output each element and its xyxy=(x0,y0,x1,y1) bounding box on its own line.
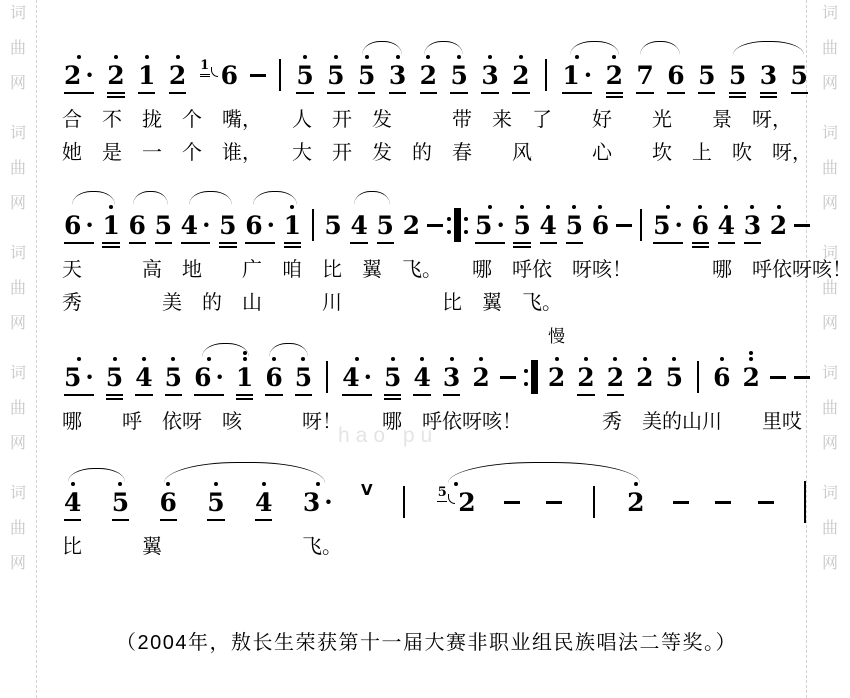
slur xyxy=(448,462,640,483)
octave-dot xyxy=(457,55,461,59)
augmentation-dot: · xyxy=(364,365,372,389)
note: 2 xyxy=(741,346,762,404)
music-line: 5·5456·1654·5432慢2222562哪 呼 依呀 咳 呀！ 哪 呼依… xyxy=(62,346,810,435)
note-number: 1 xyxy=(102,210,119,240)
repeat-thick-bar xyxy=(454,208,461,242)
note-number xyxy=(545,60,547,90)
octave-dots xyxy=(176,44,180,60)
augmentation-dot: · xyxy=(584,63,592,87)
note-number: 52 xyxy=(437,487,475,517)
rhythm-underlines xyxy=(64,240,94,252)
underline xyxy=(540,242,557,244)
grace-hook xyxy=(448,494,455,504)
augmentation-dot: · xyxy=(496,213,504,237)
rhythm-underlines xyxy=(791,90,808,102)
octave-dots xyxy=(334,44,338,60)
octave-dot xyxy=(612,55,616,59)
watermark-right-column: 词曲网词曲网词曲网词曲网词曲网 xyxy=(818,6,842,606)
note-number xyxy=(794,210,810,240)
rhythm-underlines xyxy=(399,517,409,529)
dash-continuation xyxy=(250,44,266,102)
note-number xyxy=(770,362,786,392)
octave-dots xyxy=(77,44,81,60)
octave-dot xyxy=(303,55,307,59)
augmentation-dot: · xyxy=(85,63,93,87)
left-dashed-rule xyxy=(36,0,37,698)
rhythm-underlines xyxy=(592,240,609,252)
octave-dot xyxy=(207,357,211,361)
note-number: 5 xyxy=(295,362,312,392)
note-number: 4 xyxy=(64,487,81,517)
barline-stroke xyxy=(279,59,281,91)
note: 4 xyxy=(716,194,737,252)
rhythm-underlines xyxy=(481,90,498,102)
note-number: 1 xyxy=(284,210,301,240)
grace-underline xyxy=(200,74,210,75)
note-number: 2 xyxy=(627,487,644,517)
note-number: 1 xyxy=(236,362,253,392)
note-number: 4 xyxy=(718,210,735,240)
underline xyxy=(443,394,460,396)
rhythm-underlines xyxy=(698,90,715,102)
lyrics-row: 秀 美 的 山 川 比 翼 飞。 xyxy=(62,291,810,316)
note-number xyxy=(804,487,807,517)
octave-dots xyxy=(479,346,483,362)
note: 慢2 xyxy=(546,346,567,404)
underline xyxy=(636,92,653,94)
augmentation-dot: · xyxy=(216,365,224,389)
dash-stroke xyxy=(794,224,810,227)
note: 2· xyxy=(62,44,96,102)
underline xyxy=(384,398,401,400)
rhythm-underlines xyxy=(64,517,81,529)
rhythm-underlines xyxy=(718,240,735,252)
note-number: 2 xyxy=(606,60,623,90)
rhythm-underlines xyxy=(513,240,530,252)
repeat-sign xyxy=(524,360,538,394)
note-number: 3 xyxy=(389,60,406,90)
octave-dot xyxy=(488,205,492,209)
note-number xyxy=(715,487,731,517)
note-number: 5 xyxy=(296,60,313,90)
octave-dot xyxy=(672,357,676,361)
octave-dots xyxy=(488,44,492,60)
underline xyxy=(698,92,715,94)
note-number xyxy=(697,362,699,392)
note-number: 5 xyxy=(698,60,715,90)
dash-stroke xyxy=(770,376,786,379)
underline xyxy=(450,92,467,94)
note-number: 6 xyxy=(129,210,146,240)
dash-stroke xyxy=(794,376,810,379)
lyrics-row: 她 是 一 个 谁， 大 开 发 的 春 风 心 坎 上 吹 呀， xyxy=(62,141,810,166)
note-number: 5 xyxy=(377,210,394,240)
octave-dots xyxy=(519,44,523,60)
octave-dot xyxy=(365,55,369,59)
octave-dot xyxy=(301,357,305,361)
rhythm-underlines xyxy=(358,90,375,102)
note-number xyxy=(593,487,595,517)
underline xyxy=(165,394,182,396)
repeat-sign-both xyxy=(447,194,468,252)
note-number xyxy=(504,487,520,517)
note-number: 5 xyxy=(165,362,182,392)
note-number: 5 xyxy=(729,60,746,90)
octave-dot xyxy=(114,55,118,59)
rhythm-underlines xyxy=(303,517,333,529)
rhythm-underlines xyxy=(636,240,646,252)
grace-hook xyxy=(211,67,218,77)
note: 5 xyxy=(322,194,343,252)
rhythm-underlines xyxy=(265,392,282,404)
note-number: 5 xyxy=(791,60,808,90)
note: 2 xyxy=(105,44,126,102)
note: 6 xyxy=(690,194,711,252)
dash-continuation xyxy=(715,471,731,529)
underline xyxy=(327,92,344,94)
octave-dot xyxy=(479,357,483,361)
rhythm-underlines xyxy=(562,90,592,102)
note-number: V xyxy=(361,487,373,517)
rhythm-underlines xyxy=(275,90,285,102)
underline xyxy=(667,92,684,94)
note: 2 xyxy=(605,346,626,404)
note-number xyxy=(403,487,405,517)
note: 2 xyxy=(401,194,422,252)
rhythm-underlines xyxy=(540,240,557,252)
rhythm-underlines xyxy=(760,90,777,102)
note-number: 2 xyxy=(472,362,489,392)
underline xyxy=(513,246,530,248)
underline xyxy=(566,242,583,244)
note-number: 5 xyxy=(566,210,583,240)
underline xyxy=(377,242,394,244)
note-number: 4 xyxy=(540,210,557,240)
rhythm-underlines xyxy=(713,392,730,404)
dash-stroke xyxy=(758,501,774,504)
underline xyxy=(512,92,529,94)
underline xyxy=(64,92,94,94)
barline-stroke xyxy=(326,361,328,393)
rhythm-underlines xyxy=(129,240,146,252)
note-number: 5 xyxy=(207,487,224,517)
underline xyxy=(760,92,777,94)
note-number: 3 xyxy=(481,60,498,90)
rhythm-underlines xyxy=(236,392,253,404)
rhythm-underlines xyxy=(284,240,301,252)
note-number: 5 xyxy=(324,210,341,240)
rhythm-underlines xyxy=(160,517,177,529)
note-number: 5 xyxy=(327,60,344,90)
rhythm-underlines xyxy=(219,240,236,252)
rhythm-underlines xyxy=(135,392,152,404)
rhythm-underlines xyxy=(102,240,119,252)
augmentation-dot: · xyxy=(324,490,332,514)
note-number: 6· xyxy=(245,210,275,240)
rhythm-underlines xyxy=(112,517,129,529)
rhythm-underlines xyxy=(106,392,123,404)
notes-row: 6·1654·56·154525·54565·6432 xyxy=(62,194,810,252)
dash-continuation xyxy=(616,194,632,252)
note: 5· xyxy=(62,346,96,404)
rhythm-underlines xyxy=(577,392,594,404)
underline xyxy=(236,394,253,396)
underline xyxy=(358,92,375,94)
rhythm-underlines xyxy=(324,240,341,252)
rhythm-underlines xyxy=(389,90,406,102)
octave-dot xyxy=(488,55,492,59)
note: 2 xyxy=(470,346,491,404)
underline xyxy=(729,96,746,98)
underline xyxy=(350,242,367,244)
note: 2 xyxy=(634,346,655,404)
note-number: 5 xyxy=(219,210,236,240)
note-number: 6 xyxy=(713,362,730,392)
underline xyxy=(562,92,592,94)
dash-stroke xyxy=(673,501,689,504)
note-number: 2· xyxy=(64,60,94,90)
underline xyxy=(513,242,530,244)
note: 6 xyxy=(590,194,611,252)
dash-continuation xyxy=(500,346,516,404)
underline xyxy=(692,242,709,244)
underline xyxy=(475,242,505,244)
note-number: 5 xyxy=(513,210,530,240)
rhythm-underlines xyxy=(512,90,529,102)
underline xyxy=(236,398,253,400)
note-number: 4 xyxy=(350,210,367,240)
octave-dots xyxy=(720,346,724,362)
octave-dot xyxy=(584,357,588,361)
note: 5 xyxy=(325,44,346,102)
note-number: 2 xyxy=(636,362,653,392)
repeat-thick-bar xyxy=(531,360,538,394)
barline xyxy=(275,44,285,102)
note-number: 6 xyxy=(692,210,709,240)
octave-dots xyxy=(142,346,146,362)
repeat-dots xyxy=(447,217,451,234)
rhythm-underlines xyxy=(308,240,318,252)
rhythm-underlines xyxy=(729,90,746,102)
octave-dot xyxy=(749,351,753,355)
rhythm-underlines xyxy=(327,90,344,102)
note-number: 5 xyxy=(666,362,683,392)
note-number: 2 xyxy=(403,210,420,240)
octave-dot xyxy=(391,357,395,361)
octave-dot xyxy=(334,55,338,59)
octave-dot xyxy=(598,205,602,209)
note: 6 xyxy=(711,346,732,404)
octave-dot xyxy=(396,55,400,59)
watermark-text: 词曲网 xyxy=(6,366,30,452)
rhythm-underlines xyxy=(800,517,810,529)
note-number: 16 xyxy=(200,60,238,90)
rhythm-underlines xyxy=(715,517,731,529)
rhythm-underlines xyxy=(427,240,443,252)
note-number: 4 xyxy=(413,362,430,392)
note-number: 2 xyxy=(577,362,594,392)
note-number: 4 xyxy=(255,487,272,517)
lyrics-row: 合 不 拢 个 嘴， 人 开 发 带 来 了 好 光 景 呀， xyxy=(62,108,810,133)
underline xyxy=(112,519,129,521)
barline-stroke xyxy=(545,59,547,91)
rhythm-underlines xyxy=(403,240,420,252)
octave-dot xyxy=(749,357,753,361)
rhythm-underlines xyxy=(636,392,653,404)
underline xyxy=(106,398,123,400)
dash-stroke xyxy=(427,224,443,227)
rhythm-underlines xyxy=(450,90,467,102)
note-number xyxy=(546,487,562,517)
octave-dot xyxy=(426,55,430,59)
rhythm-underlines xyxy=(541,90,551,102)
rhythm-underlines xyxy=(107,90,124,102)
note: 5 xyxy=(664,346,685,404)
grace-note-number: 1 xyxy=(200,59,209,72)
note: 4 xyxy=(411,346,432,404)
dash-stroke xyxy=(500,376,516,379)
underline xyxy=(577,394,594,396)
rhythm-underlines xyxy=(636,90,653,102)
repeat-dots xyxy=(524,369,528,386)
underline xyxy=(744,242,761,244)
octave-dot xyxy=(243,357,247,361)
rhythm-underlines xyxy=(377,240,394,252)
note: 16 xyxy=(198,44,240,102)
note-number: 1 xyxy=(138,60,155,90)
note: 3 xyxy=(441,346,462,404)
breath-mark: V xyxy=(361,471,373,529)
repeat-sign xyxy=(447,208,468,242)
barline-stroke xyxy=(697,361,699,393)
rhythm-underlines xyxy=(64,392,94,404)
note: 5 xyxy=(104,346,125,404)
note-number: 5 xyxy=(112,487,129,517)
rhythm-underlines xyxy=(165,392,182,404)
underline xyxy=(481,92,498,94)
note-number: 5· xyxy=(64,362,94,392)
rhythm-underlines xyxy=(342,392,372,404)
octave-dots xyxy=(391,346,395,362)
octave-dot xyxy=(118,482,122,486)
note-number xyxy=(279,60,281,90)
octave-dots xyxy=(420,346,424,362)
note-number xyxy=(250,60,266,90)
octave-dots xyxy=(584,346,588,362)
rhythm-underlines xyxy=(384,392,401,404)
breath-mark-glyph: V xyxy=(361,483,373,498)
rhythm-underlines xyxy=(743,392,760,404)
note: 5· xyxy=(473,194,507,252)
note-number: 7 xyxy=(636,60,653,90)
rhythm-underlines xyxy=(207,517,224,529)
octave-dots xyxy=(672,346,676,362)
octave-dot xyxy=(720,357,724,361)
note-number xyxy=(427,210,443,240)
rhythm-underlines xyxy=(627,517,644,529)
underline xyxy=(64,394,94,396)
rhythm-underlines xyxy=(673,517,689,529)
octave-dot xyxy=(575,55,579,59)
rhythm-underlines xyxy=(794,392,810,404)
rhythm-underlines xyxy=(350,240,367,252)
tempo-mark: 慢 xyxy=(548,322,565,347)
note: 2 xyxy=(575,346,596,404)
octave-dot xyxy=(777,205,781,209)
rhythm-underlines xyxy=(250,90,266,102)
note-number xyxy=(524,362,538,392)
note-number xyxy=(447,210,468,240)
lyrics-row: 哪 呼 依呀 咳 呀！ 哪 呼依呀咳！ 秀 美的山川 里哎 xyxy=(62,410,810,435)
octave-dot xyxy=(71,482,75,486)
octave-dot xyxy=(520,205,524,209)
octave-dot xyxy=(613,357,617,361)
octave-dots xyxy=(643,346,647,362)
sheet-music-page: 词曲网词曲网词曲网词曲网词曲网 词曲网词曲网词曲网词曲网词曲网 hao pu 2… xyxy=(0,0,850,698)
octave-dots xyxy=(777,194,781,210)
note: 3 xyxy=(742,194,763,252)
underline xyxy=(102,246,119,248)
rhythm-underlines xyxy=(413,392,430,404)
underline xyxy=(284,246,301,248)
octave-dot xyxy=(77,357,81,361)
octave-dot xyxy=(643,357,647,361)
note: 4 xyxy=(133,346,154,404)
repeat-sign-end xyxy=(524,346,538,404)
octave-dots xyxy=(171,346,175,362)
octave-dots xyxy=(303,44,307,60)
underline xyxy=(389,92,406,94)
music-line: 2·21216555325321·2765535合 不 拢 个 嘴， 人 开 发… xyxy=(62,44,810,166)
octave-dot xyxy=(666,205,670,209)
barline xyxy=(693,346,703,404)
note: 5· xyxy=(651,194,685,252)
dash-stroke xyxy=(504,501,520,504)
rhythm-underlines xyxy=(447,240,468,252)
dash-continuation xyxy=(794,194,810,252)
octave-dot xyxy=(272,357,276,361)
augmentation-dot: · xyxy=(85,365,93,389)
grace-underline xyxy=(437,501,447,502)
rhythm-underlines xyxy=(692,240,709,252)
note-number: 5 xyxy=(450,60,467,90)
rhythm-underlines xyxy=(548,392,565,404)
octave-dots xyxy=(666,194,670,210)
dash-stroke xyxy=(616,224,632,227)
note: 5 xyxy=(294,44,315,102)
underline xyxy=(219,246,236,248)
augmentation-dot: · xyxy=(202,213,210,237)
dash-continuation xyxy=(770,346,786,404)
underline xyxy=(255,519,272,521)
rhythm-underlines xyxy=(666,392,683,404)
note-number: 5 xyxy=(358,60,375,90)
rhythm-underlines xyxy=(472,392,489,404)
note-number: 2 xyxy=(512,60,529,90)
note: 4 xyxy=(538,194,559,252)
underline xyxy=(138,92,155,94)
note-number: 3 xyxy=(443,362,460,392)
octave-dots xyxy=(488,194,492,210)
barline xyxy=(322,346,332,404)
dash-stroke xyxy=(546,501,562,504)
music-area: 2·21216555325321·2765535合 不 拢 个 嘴， 人 开 发… xyxy=(62,44,810,560)
note-number xyxy=(673,487,689,517)
rhythm-underlines xyxy=(255,517,272,529)
dash-continuation xyxy=(673,471,689,529)
octave-dot xyxy=(750,205,754,209)
octave-dot xyxy=(113,357,117,361)
